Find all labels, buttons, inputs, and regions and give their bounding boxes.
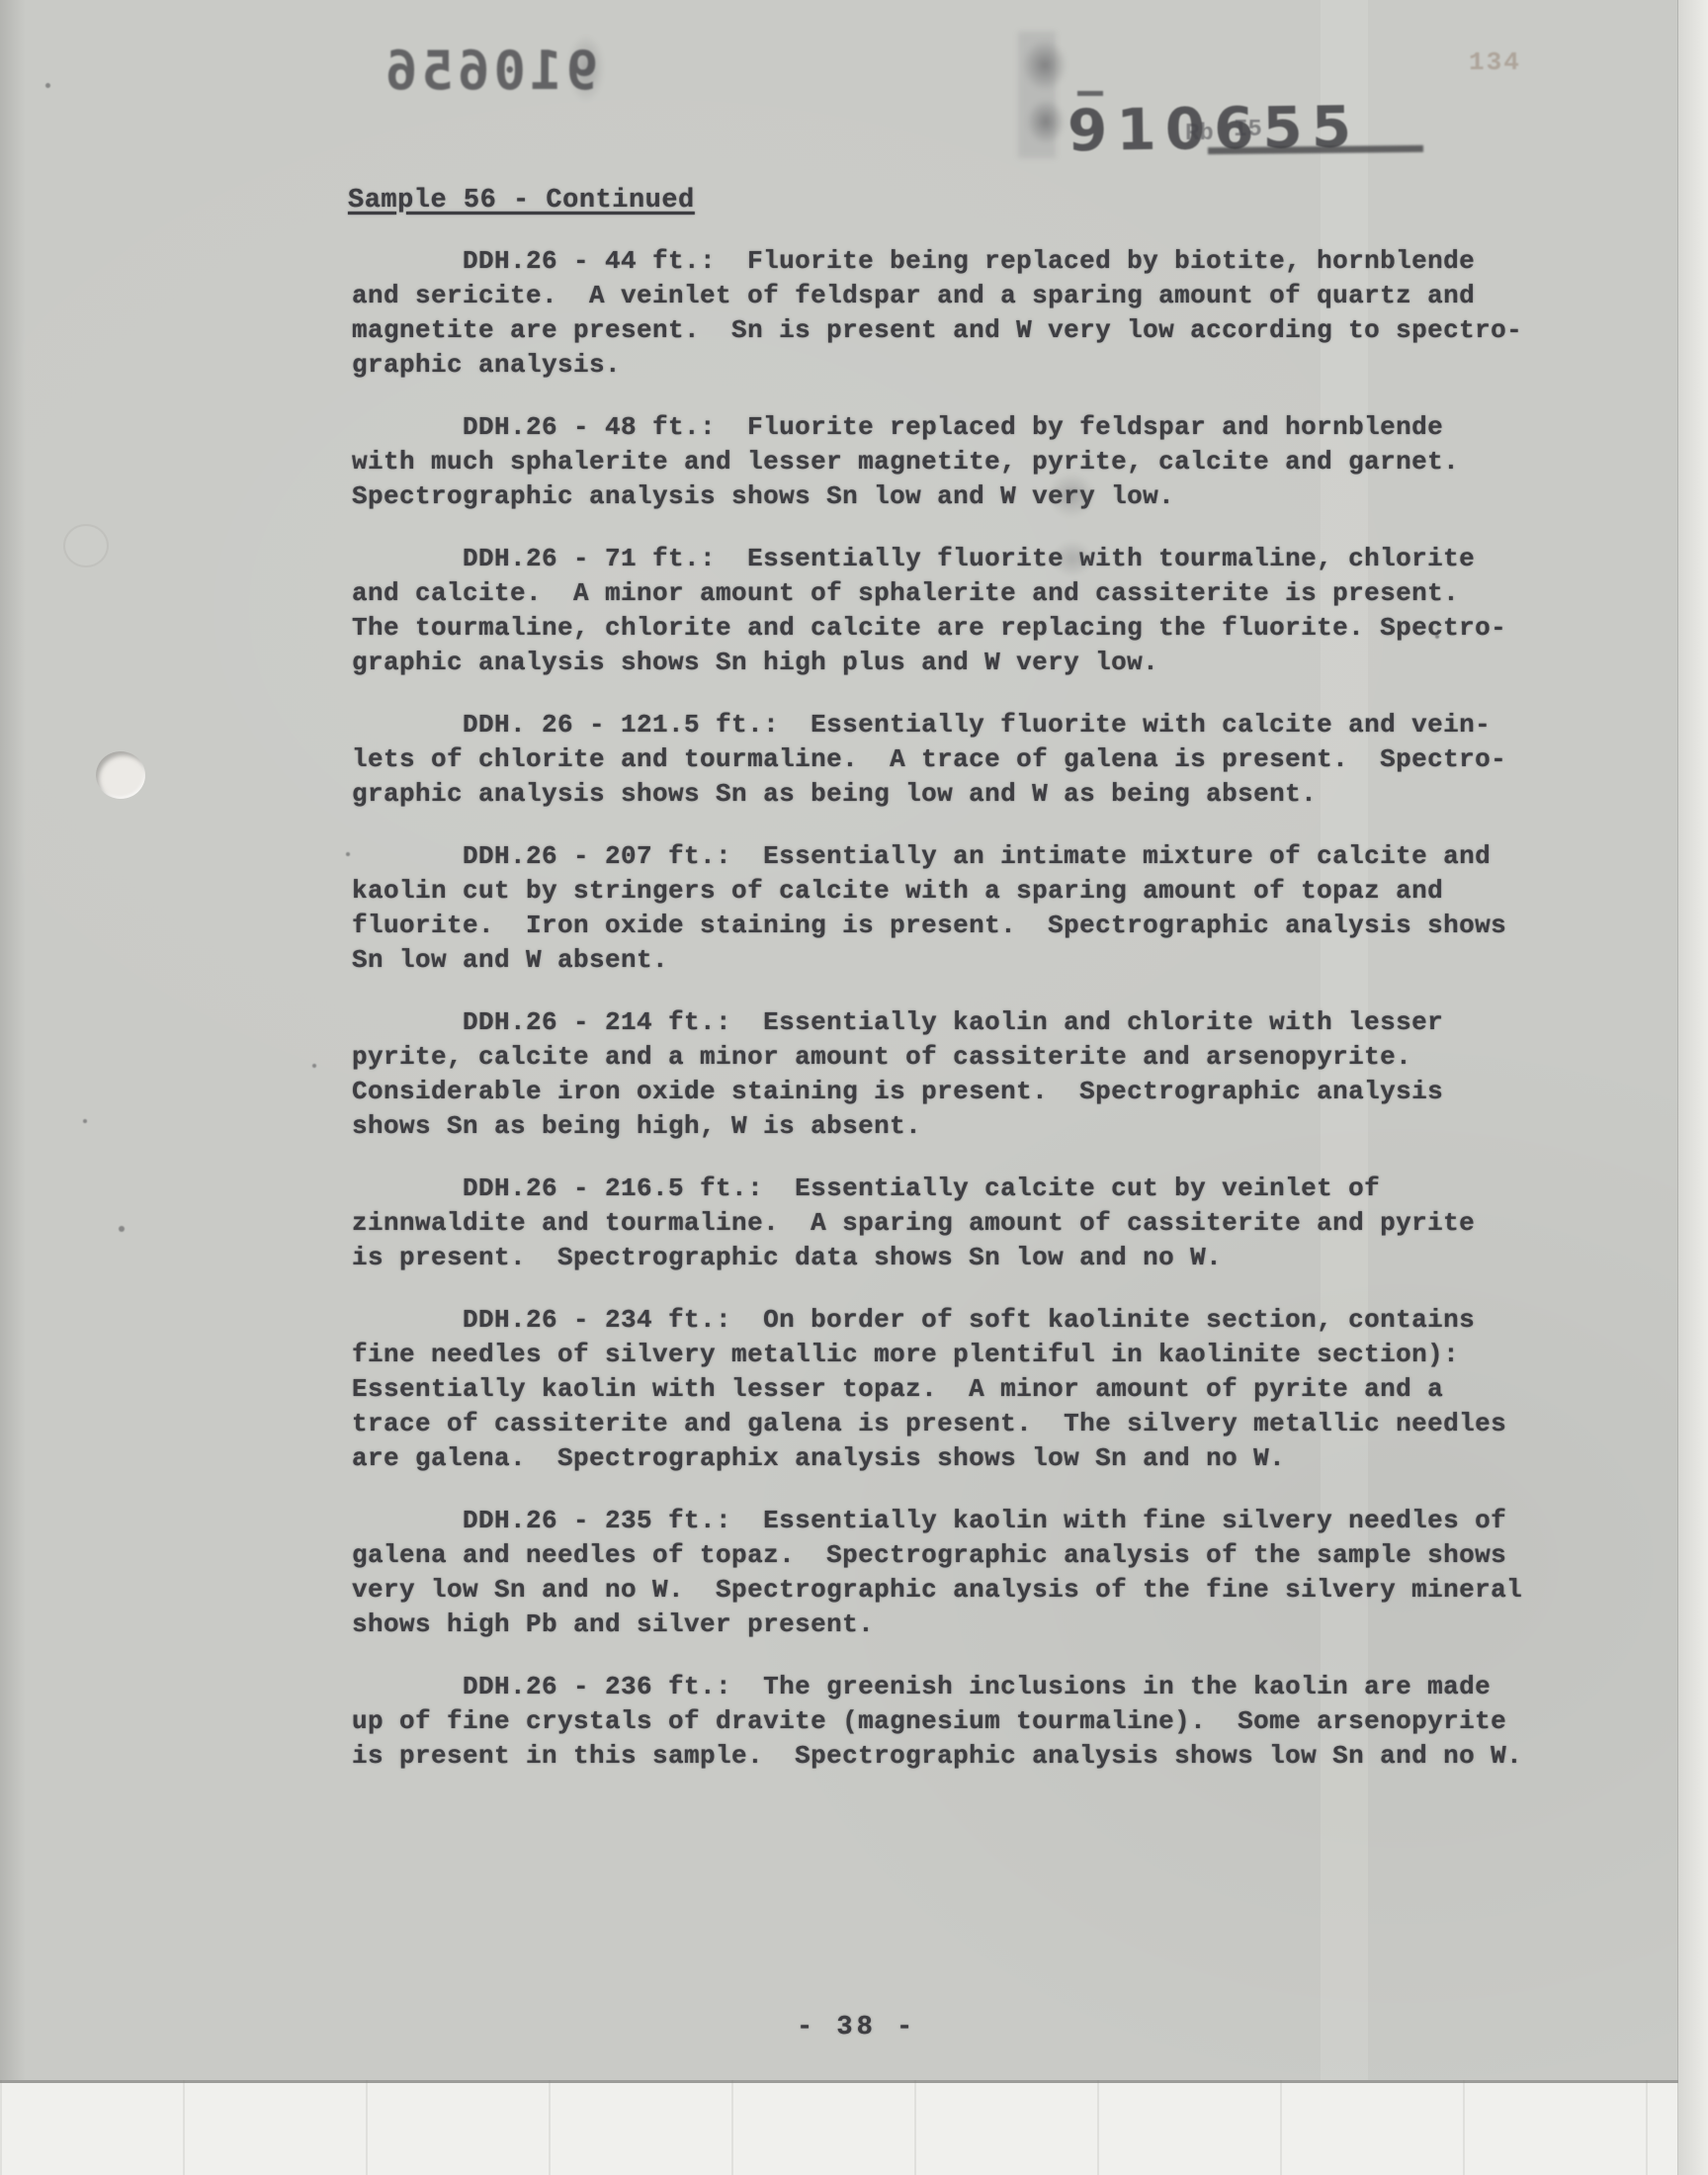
scanned-document-page: 910656 134 910655 Rb I5 Sample 56 - Cont… [0,0,1708,2175]
speck [346,852,350,856]
paragraph-ddh26-121-5ft: DDH. 26 - 121.5 ft.: Essentially fluorit… [352,708,1570,812]
scanner-bed-strip [0,2080,1708,2175]
page-left-edge-shadow [0,0,32,2175]
ink-smudge [1052,540,1093,577]
page-right-edge [1678,0,1708,2175]
ink-smudge [567,34,605,103]
paragraph-ddh26-235ft: DDH.26 - 235 ft.: Essentially kaolin wit… [352,1504,1570,1642]
section-heading: Sample 56 - Continued [348,186,695,216]
paragraph-ddh26-71ft: DDH.26 - 71 ft.: Essentially fluorite wi… [352,542,1570,680]
paragraph-ddh26-48ft: DDH.26 - 48 ft.: Fluorite replaced by fe… [352,410,1570,514]
speck [119,1226,125,1232]
paragraph-ddh26-216-5ft: DDH.26 - 216.5 ft.: Essentially calcite … [352,1172,1570,1275]
paragraph-ddh26-44ft: DDH.26 - 44 ft.: Fluorite being replaced… [352,244,1570,383]
paragraph-ddh26-214ft: DDH.26 - 214 ft.: Essentially kaolin and… [352,1005,1570,1144]
paragraph-ddh26-236ft: DDH.26 - 236 ft.: The greenish inclusion… [352,1670,1570,1774]
handwritten-number-overbar [1077,91,1103,96]
handwritten-underline-stroke [1208,145,1423,154]
ink-smudge [1026,99,1066,144]
speck [1435,635,1439,639]
punch-hole-faint [63,524,109,567]
speck [312,1064,316,1068]
speck [83,1119,87,1123]
faint-corner-page-number: 134 [1469,47,1521,77]
page-number: - 38 - [797,2013,916,2043]
punch-hole [96,751,145,799]
mirrored-bleedthrough-stamp: 910656 [382,40,598,102]
ink-smudge [1048,473,1095,518]
overprint-mark: I5 [1234,117,1262,143]
body-text-column: DDH.26 - 44 ft.: Fluorite being replaced… [352,244,1570,1801]
overprint-mark: Rb [1185,121,1214,147]
paragraph-ddh26-234ft: DDH.26 - 234 ft.: On border of soft kaol… [352,1303,1570,1476]
speck [45,83,50,88]
ink-smudge [1022,40,1067,91]
paragraph-ddh26-207ft: DDH.26 - 207 ft.: Essentially an intimat… [352,839,1570,978]
